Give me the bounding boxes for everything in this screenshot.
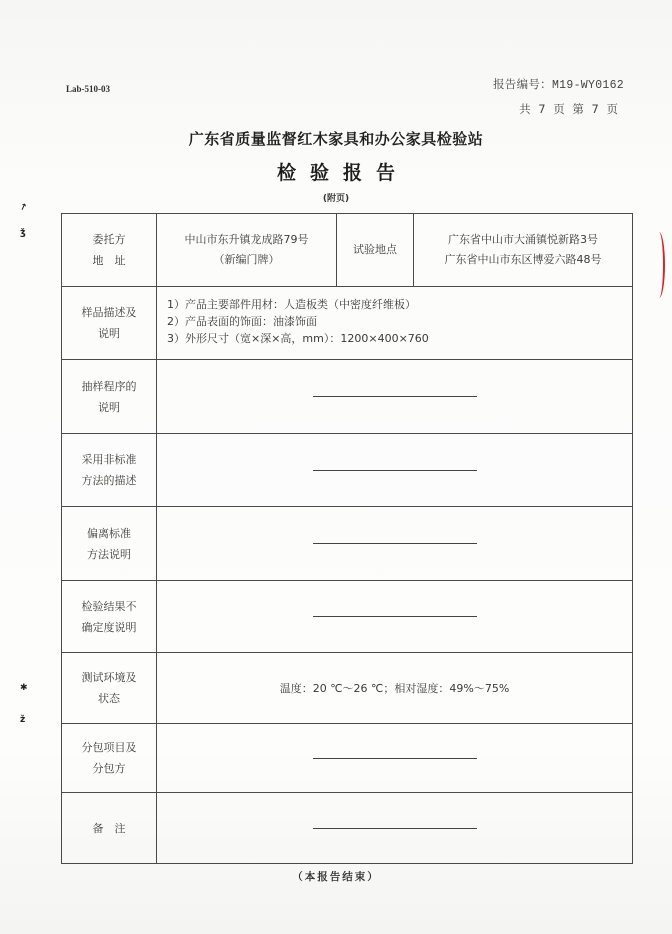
table-row-subcontract: 分包项目及 分包方 [62, 724, 633, 793]
label-line: 说明 [62, 397, 156, 418]
description-item: 1）产品主要部件用材：人造板类（中密度纤维板） [167, 296, 632, 313]
test-location-label: 试验地点 [337, 214, 414, 287]
table-row-remarks: 备 注 [62, 793, 633, 864]
table-row-sampling-procedure: 抽样程序的 说明 [62, 360, 633, 434]
environment-value: 温度：20 ℃～26 ℃；相对湿度：49%～75% [157, 653, 633, 724]
uncertainty-label: 检验结果不 确定度说明 [62, 581, 157, 653]
not-applicable-dash [313, 396, 477, 397]
table-row-nonstandard-method: 采用非标准 方法的描述 [62, 434, 633, 507]
label-line: 分包方 [62, 758, 156, 779]
subcontract-label: 分包项目及 分包方 [62, 724, 157, 793]
uncertainty-value [157, 581, 633, 653]
client-address-value: 中山市东升镇龙成路79号 （新编门牌） [157, 214, 337, 287]
label-line: 采用非标准 [62, 449, 156, 470]
report-number-label: 报告编号： [493, 77, 552, 91]
document-title: 检验报告 [0, 158, 672, 185]
not-applicable-dash [313, 616, 477, 617]
test-location-value: 广东省中山市大涌镇悦新路3号 广东省中山市东区博爱六路48号 [414, 214, 633, 287]
remarks-label: 备 注 [62, 793, 157, 864]
value-line: （新编门牌） [157, 250, 336, 270]
label-line: 方法的描述 [62, 470, 156, 491]
end-of-report-note: （本报告结束） [0, 869, 672, 884]
label-line: 状态 [62, 688, 156, 709]
margin-mark: ǯ [20, 228, 25, 238]
nonstandard-method-value [157, 434, 633, 507]
label-line: 说明 [62, 323, 156, 344]
sampling-procedure-value [157, 360, 633, 434]
not-applicable-dash [313, 470, 477, 471]
sample-description-value: 1）产品主要部件用材：人造板类（中密度纤维板） 2）产品表面的饰面：油漆饰面 3… [157, 287, 633, 360]
label-line: 偏离标准 [62, 523, 156, 544]
remarks-value [157, 793, 633, 864]
label-line: 测试环境及 [62, 667, 156, 688]
red-pen-mark [653, 232, 665, 298]
description-item: 3）外形尺寸（宽×深×高，mm）：1200×400×760 [167, 330, 632, 347]
table-row-sample-description: 样品描述及 说明 1）产品主要部件用材：人造板类（中密度纤维板） 2）产品表面的… [62, 287, 633, 360]
sampling-procedure-label: 抽样程序的 说明 [62, 360, 157, 434]
form-code: Lab-510-03 [66, 84, 110, 94]
value-line: 中山市东升镇龙成路79号 [157, 230, 336, 250]
margin-mark: ž [20, 715, 25, 725]
page-info: 共 7 页 第 7 页 [519, 101, 620, 117]
environment-label: 测试环境及 状态 [62, 653, 157, 724]
not-applicable-dash [313, 543, 477, 544]
table-row-deviation: 偏离标准 方法说明 [62, 507, 633, 581]
report-number: 报告编号：M19-WY0162 [493, 76, 624, 92]
table-row-client-address: 委托方 地 址 中山市东升镇龙成路79号 （新编门牌） 试验地点 广东省中山市大… [62, 214, 633, 287]
description-item: 2）产品表面的饰面：油漆饰面 [167, 313, 632, 330]
label-line: 方法说明 [62, 544, 156, 565]
not-applicable-dash [313, 828, 477, 829]
subcontract-value [157, 724, 633, 793]
table-row-uncertainty: 检验结果不 确定度说明 [62, 581, 633, 653]
label-line: 抽样程序的 [62, 376, 156, 397]
report-number-value: M19-WY0162 [552, 79, 624, 92]
label-line: 地 址 [62, 250, 156, 271]
label-line: 检验结果不 [62, 596, 156, 617]
value-line: 广东省中山市大涌镇悦新路3号 [414, 230, 632, 250]
label-line: 分包项目及 [62, 737, 156, 758]
margin-mark: ✱ [20, 683, 28, 693]
not-applicable-dash [313, 758, 477, 759]
deviation-label: 偏离标准 方法说明 [62, 507, 157, 581]
organization-name: 广东省质量监督红木家具和办公家具检验站 [0, 128, 672, 149]
client-address-label: 委托方 地 址 [62, 214, 157, 287]
label-line: 委托方 [62, 229, 156, 250]
document-subtitle: (附页) [0, 191, 672, 204]
value-line: 广东省中山市东区博爱六路48号 [414, 250, 632, 270]
label-line: 确定度说明 [62, 617, 156, 638]
report-table: 委托方 地 址 中山市东升镇龙成路79号 （新编门牌） 试验地点 广东省中山市大… [61, 213, 633, 864]
sample-description-label: 样品描述及 说明 [62, 287, 157, 360]
label-line: 样品描述及 [62, 302, 156, 323]
table-row-environment: 测试环境及 状态 温度：20 ℃～26 ℃；相对湿度：49%～75% [62, 653, 633, 724]
deviation-value [157, 507, 633, 581]
nonstandard-method-label: 采用非标准 方法的描述 [62, 434, 157, 507]
